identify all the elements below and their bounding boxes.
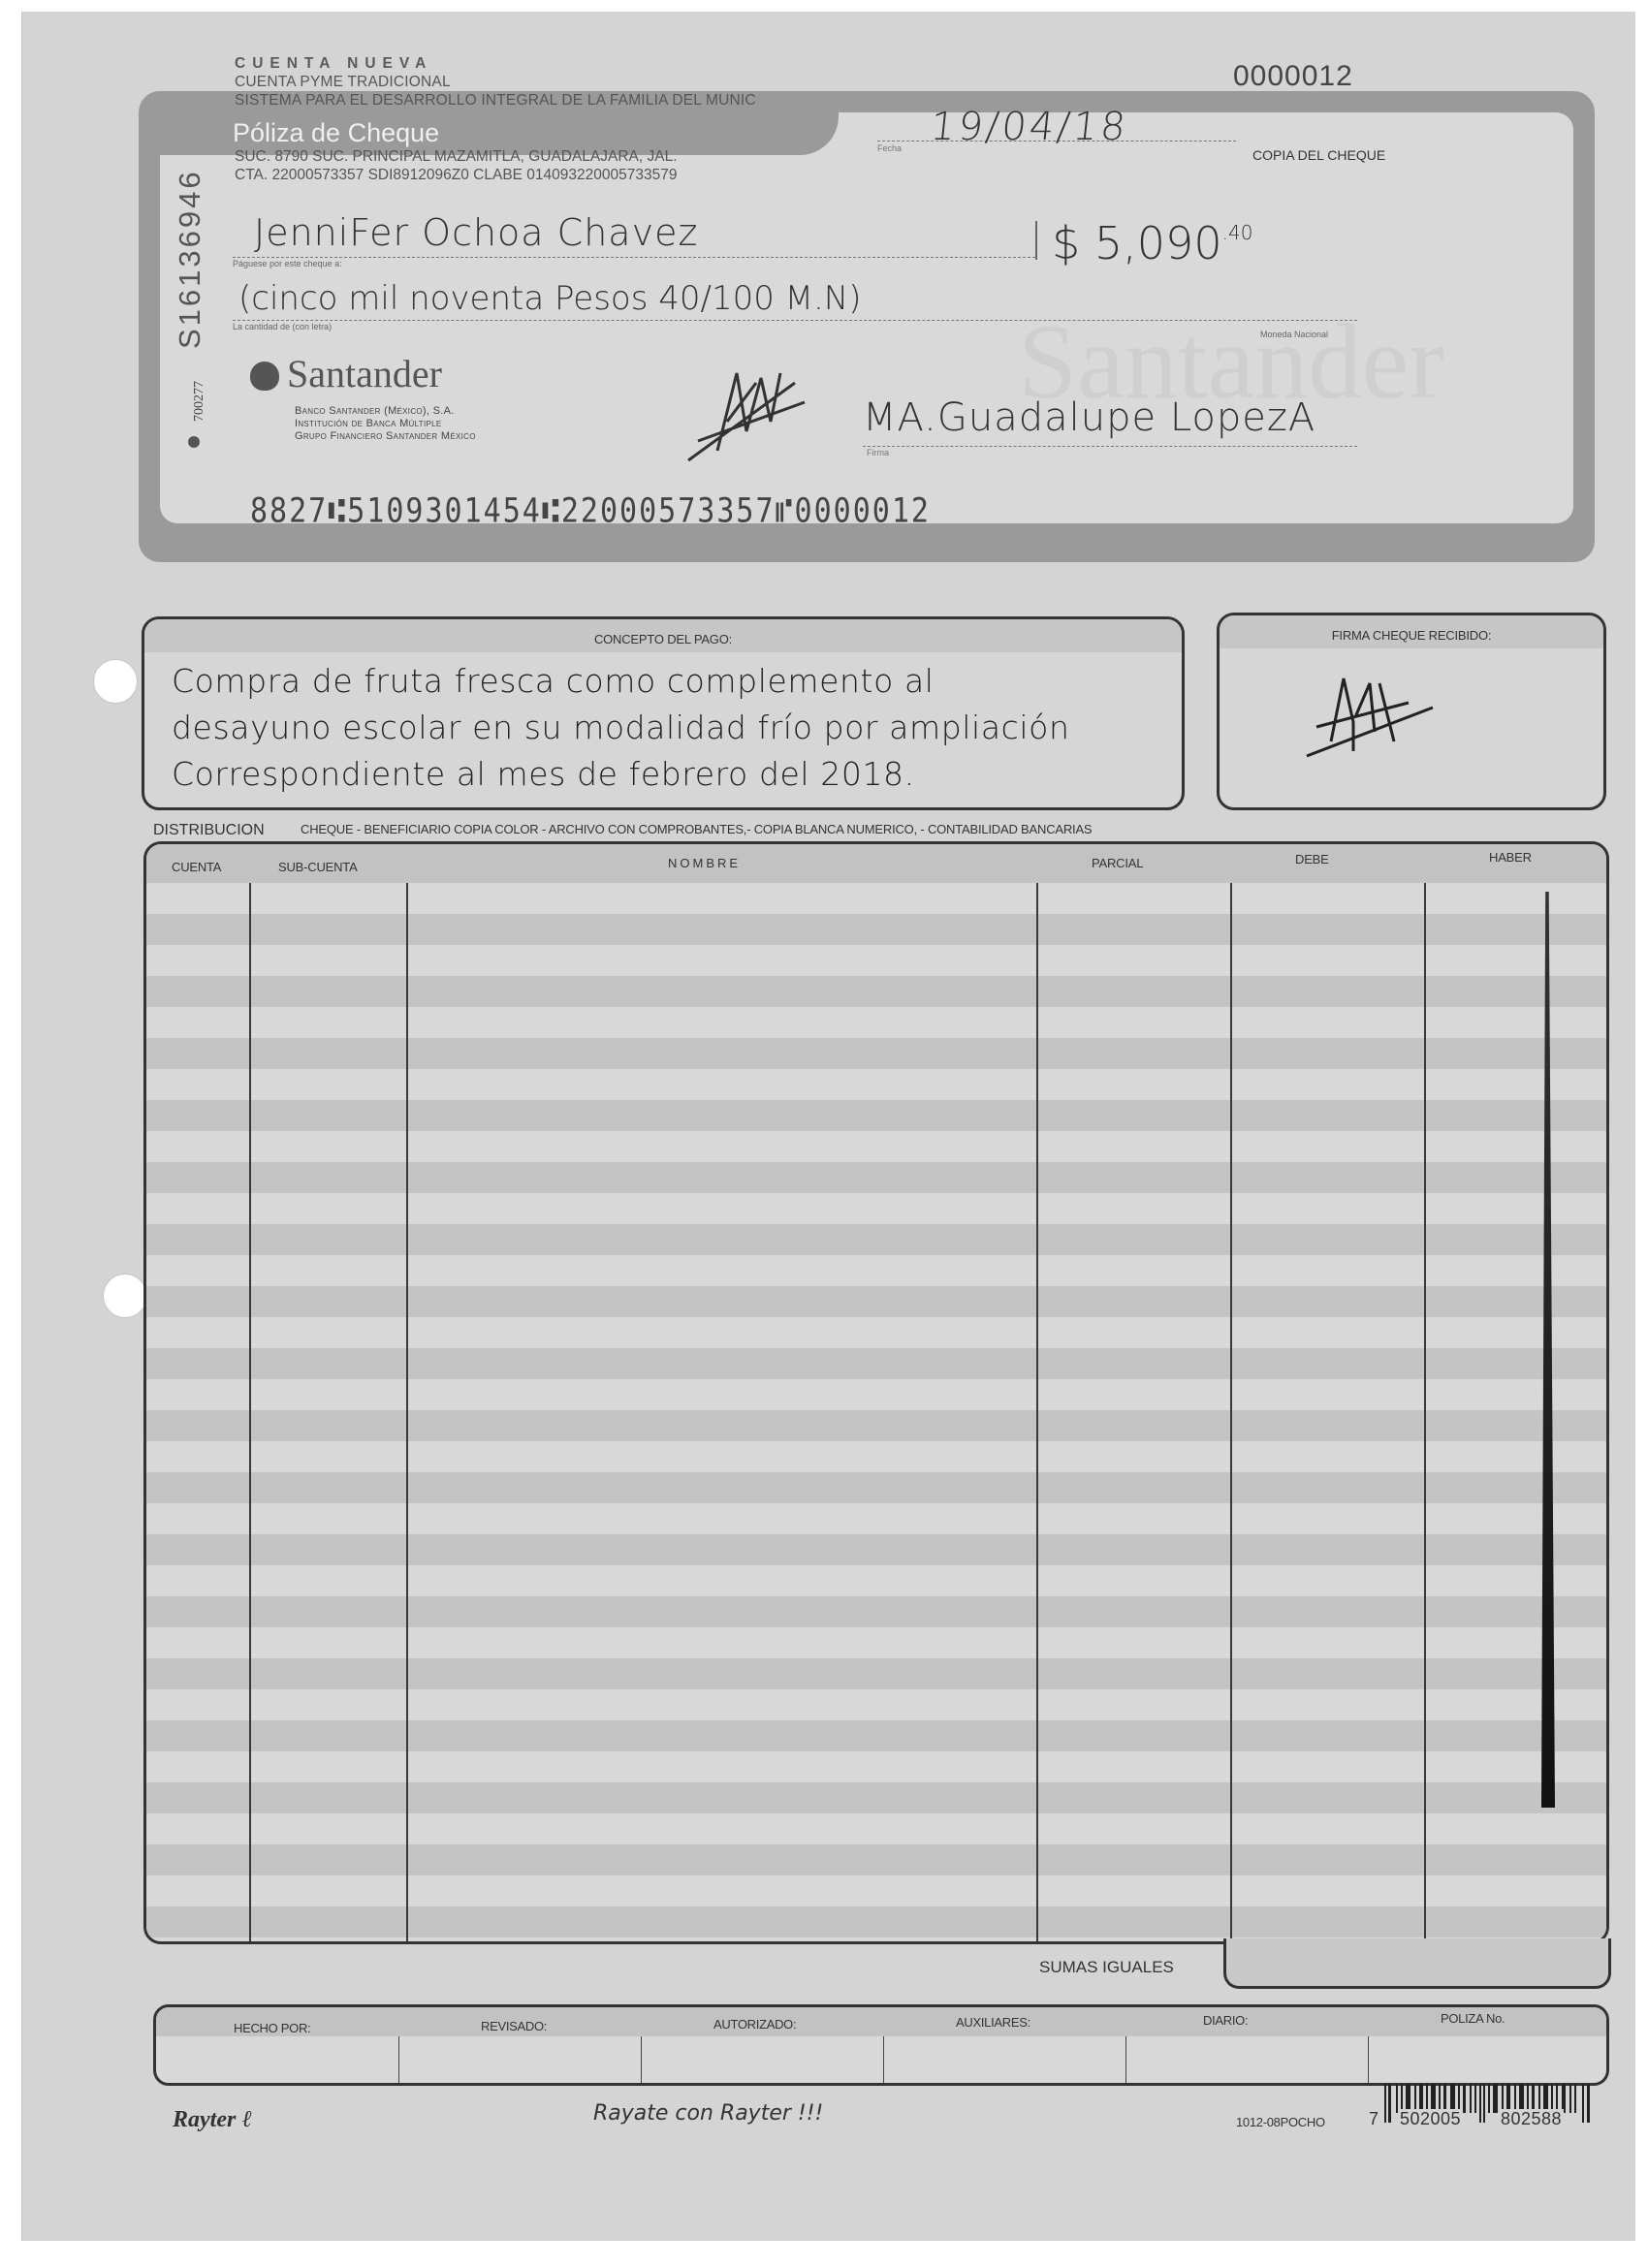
received-signature-box: FIRMA CHEQUE RECIBIDO: <box>1217 613 1606 810</box>
concepto-label: CONCEPTO DEL PAGO: <box>144 619 1182 652</box>
signer-name: MA.Guadalupe LopezA <box>863 395 1315 440</box>
pen-icon: ℓ <box>241 2107 251 2132</box>
barcode-digits-right: 802588 <box>1499 2109 1564 2129</box>
signature-line <box>863 446 1357 447</box>
account-holder: SISTEMA PARA EL DESARROLLO INTEGRAL DE L… <box>235 91 756 110</box>
concepto-box: CONCEPTO DEL PAGO: Compra de fruta fresc… <box>142 616 1185 810</box>
flame-icon <box>250 362 279 391</box>
branch-info: SUC. 8790 SUC. PRINCIPAL MAZAMITLA, GUAD… <box>235 147 678 184</box>
brand-logo: Rayter ℓ <box>173 2107 251 2133</box>
approval-auxiliares: AUXILIARES: <box>956 2015 1030 2030</box>
approvals-table: HECHO POR: REVISADO: AUTORIZADO: AUXILIA… <box>153 2004 1609 2086</box>
check-number: 0000012 <box>1233 60 1353 93</box>
brand-name: Rayter <box>173 2107 236 2132</box>
date-label: Fecha <box>877 143 902 153</box>
approval-hecho-por: HECHO POR: <box>234 2021 310 2035</box>
serial-small: 700277 <box>192 381 207 422</box>
column-divider <box>1230 883 1232 1941</box>
copy-label: COPIA DEL CHEQUE <box>1252 147 1385 163</box>
column-divider <box>406 883 408 1941</box>
payee-line <box>233 257 1035 258</box>
currency-label: Moneda Nacional <box>1260 330 1328 339</box>
currency-symbol: $ <box>1052 217 1080 269</box>
col-nombre: NOMBRE <box>668 856 741 870</box>
approval-revisado: REVISADO: <box>481 2019 547 2033</box>
account-line: CTA. 22000573357 SDI8912096Z0 CLABE 0140… <box>235 166 678 184</box>
signature-scribble-icon <box>1297 664 1442 771</box>
document-title: Póliza de Cheque <box>233 118 439 148</box>
payee-label: Páguese por este cheque a: <box>233 259 342 268</box>
amount: $ 5,090.40 <box>1052 217 1252 269</box>
amount-words-line <box>233 320 1357 321</box>
col-haber: HABER <box>1489 850 1532 865</box>
brand-slogan: Rayate con Rayter !!! <box>593 2101 823 2126</box>
check-date: 19/04/18 <box>929 105 1130 149</box>
totals-box <box>1223 1938 1611 1989</box>
approvals-header <box>156 2007 1606 2036</box>
concepto-text: Compra de fruta fresca como complemento … <box>144 652 1182 798</box>
col-cuenta: CUENTA <box>172 860 221 874</box>
bank-legal-text: Banco Santander (México), S.A. Instituci… <box>295 405 476 443</box>
amount-divider <box>1035 221 1037 260</box>
amount-value: 5,090 <box>1094 217 1222 269</box>
micr-line: 8827⑆5109301454⑆22000573357⑈0000012 <box>250 491 931 530</box>
account-header: CUENTA NUEVA CUENTA PYME TRADICIONAL SIS… <box>235 54 756 110</box>
account-type-line2: CUENTA PYME TRADICIONAL <box>235 73 756 91</box>
amount-words-label: La cantidad de (con letra) <box>233 322 332 331</box>
account-type-line1: CUENTA NUEVA <box>235 54 756 73</box>
approval-diario: DIARIO: <box>1203 2013 1248 2028</box>
barcode-digit-prefix: 7 <box>1367 2109 1381 2129</box>
bank-logo: Santander <box>250 351 442 396</box>
col-debe: DEBE <box>1295 852 1329 866</box>
punch-hole <box>93 659 138 704</box>
totals-label: SUMAS IGUALES <box>1039 1958 1174 1977</box>
column-divider <box>249 883 251 1941</box>
received-signature-label: FIRMA CHEQUE RECIBIDO: <box>1220 615 1603 648</box>
branch: SUC. 8790 SUC. PRINCIPAL MAZAMITLA, GUAD… <box>235 147 678 166</box>
col-parcial: PARCIAL <box>1092 856 1143 870</box>
form-code: 1012-08POCHO <box>1236 2115 1325 2129</box>
amount-in-words: (cinco mil noventa Pesos 40/100 M.N) <box>238 279 862 318</box>
bullet-icon <box>188 436 200 448</box>
ledger-header: CUENTA SUB-CUENTA NOMBRE PARCIAL DEBE HA… <box>146 844 1606 883</box>
column-divider <box>1036 883 1038 1941</box>
ledger-table: CUENTA SUB-CUENTA NOMBRE PARCIAL DEBE HA… <box>143 841 1609 1944</box>
payee-name: JenniFer Ochoa Chavez <box>254 211 698 254</box>
approval-autorizado: AUTORIZADO: <box>713 2017 796 2032</box>
signature-label: Firma <box>867 448 889 457</box>
serial-number: S16136946 <box>173 169 207 349</box>
distribution-description: CHEQUE - BENEFICIARIO COPIA COLOR - ARCH… <box>301 822 1092 836</box>
signature-scribble-icon <box>679 363 814 470</box>
column-divider <box>1424 883 1426 1941</box>
amount-cents: .40 <box>1222 221 1253 244</box>
approval-poliza-no: POLIZA No. <box>1441 2011 1505 2026</box>
col-sub-cuenta: SUB-CUENTA <box>278 860 358 874</box>
distribution-label: DISTRIBUCION <box>153 822 265 839</box>
barcode-digits-left: 502005 <box>1398 2109 1463 2129</box>
punch-hole <box>103 1274 147 1318</box>
bank-name: Santander <box>287 352 442 395</box>
